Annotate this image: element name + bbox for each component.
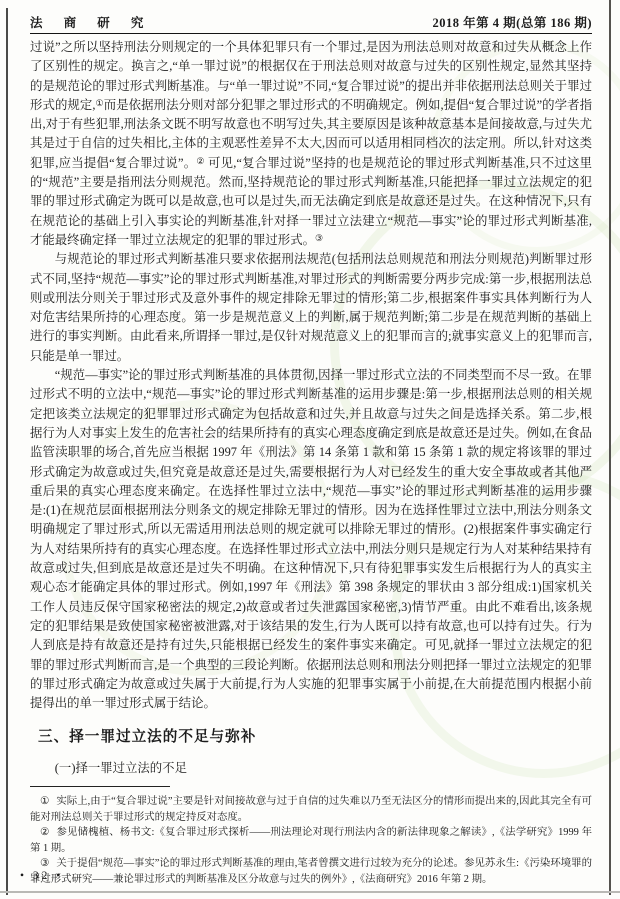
footnote: ②参见储槐植、杨书文:《复合罪过形式探析——刑法理论对现行刑法内含的新法律现象之… — [30, 825, 592, 856]
section-heading: 三、择一罪过立法的不足与弥补 — [30, 728, 592, 747]
paragraph: 与规范论的罪过形式判断基准只要求依据刑法规范(包括刑法总则规范和刑法分则规范)判… — [30, 250, 592, 366]
page-header: 法 商 研 究 2018 年第 4 期(总第 186 期) — [30, 13, 592, 31]
header-rule — [30, 33, 592, 34]
footnote-separator — [30, 786, 170, 787]
footnote-reference: ② — [196, 156, 204, 166]
article-body: 过说”之所以坚持刑法分则规定的一个具体犯罪只有一个罪过,是因为刑法总则对故意和过… — [30, 38, 592, 778]
journal-title: 法 商 研 究 — [30, 13, 152, 31]
footnote-reference: ③ — [315, 233, 323, 243]
footnotes-block: ①实际上,由于“复合罪过说”主要是针对间接故意与过于自信的过失难以乃至无法区分的… — [30, 786, 592, 888]
footnote-list: ①实际上,由于“复合罪过说”主要是针对间接故意与过于自信的过失难以乃至无法区分的… — [30, 794, 592, 888]
page-number: • 32 • — [20, 870, 63, 882]
journal-page: 法 商 研 究 2018 年第 4 期(总第 186 期) 过说”之所以坚持刑法… — [0, 0, 620, 899]
footnote: ③关于提倡“规范—事实”论的罪过形式判断基准的理由,笔者曾撰文进行过较为充分的论… — [30, 856, 592, 887]
footnote-reference: ① — [95, 98, 103, 108]
footnote-marker: ② — [40, 827, 56, 838]
footnote-marker: ① — [40, 796, 56, 807]
footnote: ①实际上,由于“复合罪过说”主要是针对间接故意与过于自信的过失难以乃至无法区分的… — [30, 794, 592, 825]
scan-edge-right — [609, 0, 611, 895]
subsection-heading: (一)择一罪过立法的不足 — [30, 759, 592, 778]
paragraph: “规范—事实”论的罪过形式判断基准的具体贯彻,因择一罪过形式立法的不同类型而不尽… — [30, 366, 592, 713]
issue-info: 2018 年第 4 期(总第 186 期) — [433, 13, 592, 31]
scan-edge-bottom — [0, 891, 620, 893]
body-paragraphs: 过说”之所以坚持刑法分则规定的一个具体犯罪只有一个罪过,是因为刑法总则对故意和过… — [30, 38, 592, 713]
scan-edge-left — [6, 8, 8, 895]
paragraph: 过说”之所以坚持刑法分则规定的一个具体犯罪只有一个罪过,是因为刑法总则对故意和过… — [30, 38, 592, 250]
footnote-marker: ③ — [40, 858, 56, 869]
